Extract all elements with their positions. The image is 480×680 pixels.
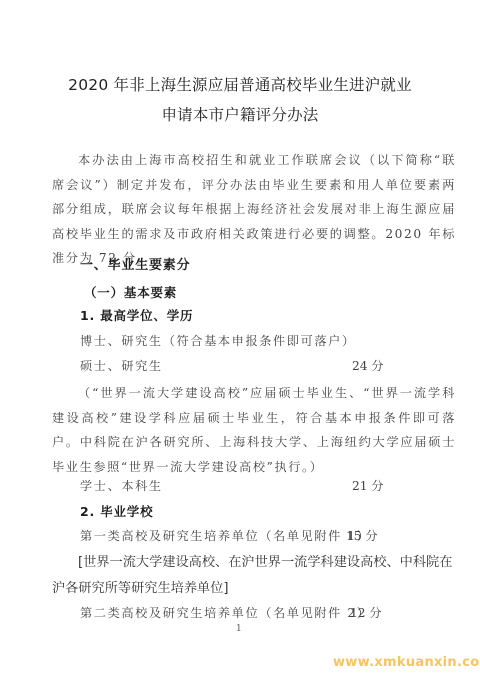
row-master-score: 24 分 [352, 357, 384, 374]
row-master-label: 硕士、研究生 [80, 357, 163, 374]
row-class1-score: 15 分 [346, 527, 378, 544]
document-title-line1: 2020 年非上海生源应届普通高校毕业生进沪就业 [0, 73, 480, 95]
row-class2-score: 12 分 [350, 604, 382, 621]
class1-bracket-note: [世界一流大学建设高校、在沪世界一流学科建设高校、中科院在沪各研究所等研究生培养… [52, 550, 462, 602]
item2-heading: 2. 毕业学校 [80, 502, 153, 520]
intro-paragraph: 本办法由上海市高校招生和就业工作联席会议（以下简称“联席会议”）制定并发布，评分… [52, 148, 456, 271]
section1-heading: 一、毕业生要素分 [80, 254, 190, 273]
document-title-line2: 申请本市户籍评分办法 [0, 103, 480, 125]
item1-heading: 1. 最高学位、学历 [80, 306, 193, 324]
row-class2-label: 第二类高校及研究生培养单位（名单见附件 2） [80, 604, 371, 621]
document-page: 2020 年非上海生源应届普通高校毕业生进沪就业 申请本市户籍评分办法 本办法由… [0, 0, 480, 680]
row-class1-label: 第一类高校及研究生培养单位（名单见附件 1） [80, 527, 371, 544]
row-bachelor-label: 学士、本科生 [80, 477, 163, 494]
row-bachelor-score: 21 分 [352, 477, 384, 494]
subsection1-heading: （一）基本要素 [84, 283, 177, 301]
master-note: （“世界一流大学建设高校”应届硕士毕业生、“世界一流学科建设高校”建设学科应届硕… [52, 381, 456, 479]
watermark: www.xmkuanxin.com [333, 655, 480, 670]
page-number: 1 [236, 624, 242, 634]
row-doctor: 博士、研究生（符合基本申报条件即可落户） [80, 332, 356, 349]
